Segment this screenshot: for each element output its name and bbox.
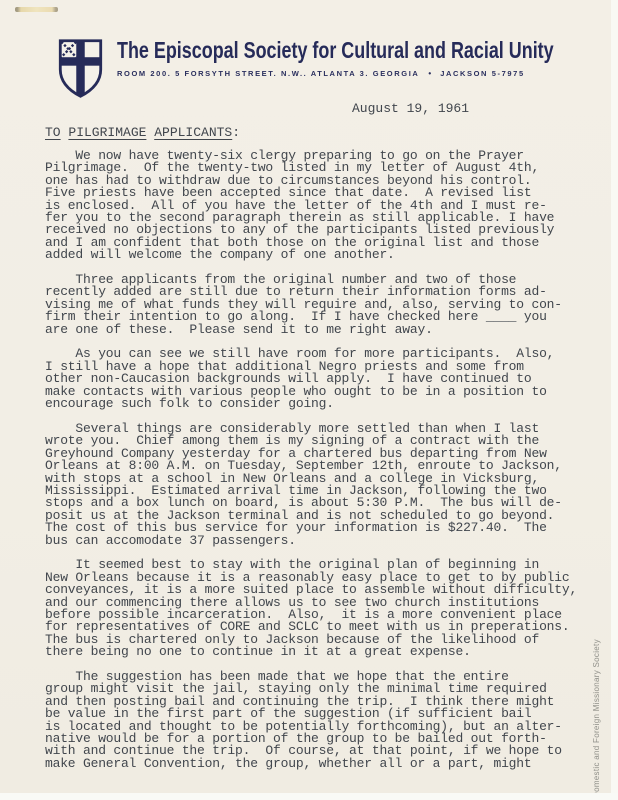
date-line: August 19, 1961 [352,101,469,116]
bullet-separator-icon: • [428,69,431,78]
episcopal-shield-icon [57,37,104,100]
address-line: ROOM 200. 5 FORSYTH STREET. N.W.. ATLANT… [117,69,618,78]
address-text: ROOM 200. 5 FORSYTH STREET. N.W.. ATLANT… [117,69,419,78]
salutation-word: APPLICANTS [154,125,232,140]
salutation: TOPILGRIMAGEAPPLICANTS: [45,126,593,140]
body-paragraph: As you can see we still have room for mo… [45,348,593,410]
tape-mark [15,7,58,12]
salutation-colon: : [232,125,240,140]
body-paragraph: Three applicants from the original numbe… [45,274,593,336]
salutation-word: PILGRIMAGE [68,125,146,140]
letter-page: The Episcopal Society for Cultural and R… [0,0,618,800]
letter-body: TOPILGRIMAGEAPPLICANTS: We now have twen… [45,126,593,770]
body-paragraph: It seemed best to stay with the original… [45,559,593,658]
letterhead: The Episcopal Society for Cultural and R… [57,37,618,100]
body-paragraph: The suggestion has been made that we hop… [45,671,593,770]
org-name: The Episcopal Society for Cultural and R… [117,38,554,63]
scan-edge-right [611,0,618,800]
body-paragraph: Several things are considerably more set… [45,423,593,547]
letterhead-text: The Episcopal Society for Cultural and R… [117,37,618,78]
salutation-word: TO [45,125,61,140]
phone-text: JACKSON 5-7975 [440,69,525,78]
margin-imprint: Domestic and Foreign Missionary Society [592,610,601,798]
scan-edge-bottom [0,793,618,800]
body-paragraph: We now have twenty-six clergy preparing … [45,150,593,262]
